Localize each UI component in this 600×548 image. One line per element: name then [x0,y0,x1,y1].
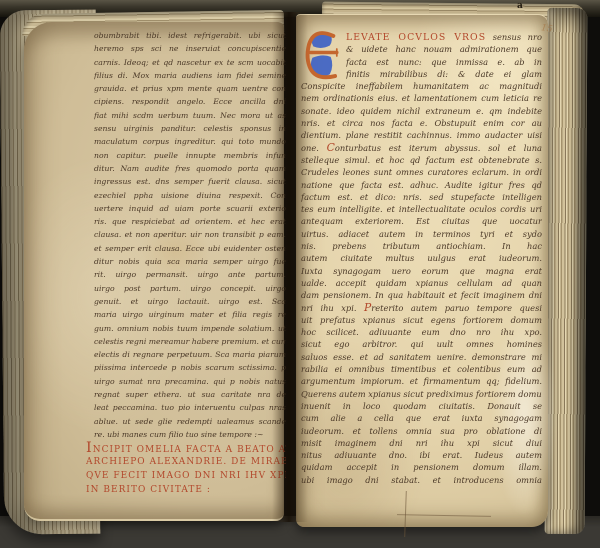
text-run: maria uirgo uirginum mater et filia regi… [94,310,286,319]
text-run: IN BERITO CIVITATE : [86,485,211,495]
text-run: C [327,142,335,154]
text-line: nris. et circa nos facta e. Obstupuit en… [301,117,542,129]
text-run: ezechiel ppha uisione diuina respexit. C… [94,191,286,200]
text-run: non capitur. puelle innupte membris infu… [94,151,286,160]
text-run: Conspicite ineffabilem humanitatem ac ma… [301,81,542,91]
text-line: et semper erit clausa. Ecce ubi euidente… [94,242,286,255]
text-run: ubi imago dni stabat. et introducens omn… [301,475,542,485]
text-run: Querens autem xpianus sicut prediximus f… [301,389,542,399]
text-run: one. [301,143,327,153]
text-line: grauida. et prius xpm mente quam uentre … [94,82,286,95]
text-line: celestis regni mereamur habere premium. … [94,335,286,348]
text-line: uit prefatus xpianus sicut egens fortior… [301,314,542,326]
text-run: heremo sps sci ne inseruiat concupiscent… [94,44,286,53]
text-line: Iuxta synagogam uero eorum que magna era… [301,265,542,277]
text-run: LEVATE OCVLOS VROS [346,32,486,43]
text-line: genuit. et uirgo lactauit. uirgo est. Sc… [94,295,286,308]
text-line: argumentum impiorum. et firmamentum qq; … [301,375,542,387]
text-line: dam pensionem. In qua habitauit et fecit… [301,289,542,301]
text-run: grauida. et prius xpm mente quam uentre … [94,84,286,93]
text-line: facta est nunc: que inmissa e. ab in [346,56,542,68]
text-run: tes eum intelligite. et intellectualitat… [301,204,542,214]
text-line: factum est. et dico: nris. sed stupefact… [301,191,542,203]
text-run: antequam exteriorem. Est ciuitas que uoc… [301,216,542,226]
text-run: cipiens. respondit angelo. Ecce ancilla … [94,97,286,106]
text-line: leat peccamina. tuo pio interuentu culpa… [94,401,286,414]
text-line: maria uirgo uirginum mater et filia regi… [94,308,286,321]
text-run: stelleque simul. et hoc qd factum est ob… [301,155,542,165]
text-line: Crudeles leones sunt omnes curatores ecl… [301,166,542,178]
text-run: rit. uirgo permansit. uirgo ante partum. [94,270,286,279]
text-line: tes eum intelligite. et intellectualitat… [301,203,542,215]
text-line: ezechiel ppha uisione diuina respexit. C… [94,189,286,202]
text-line: ualde. accepit quidam xpianus cellulam a… [301,277,542,289]
text-run: QVE FECIT IMAGO DNI NRI IHV XPI DI VERI [86,471,286,481]
text-run: ditur nobis quia sca maria semper uirgo … [94,257,286,266]
text-line: regnat super ethera. ut sua caritate nra… [94,388,286,401]
text-run: et semper erit clausa. Ecce ubi euidente… [94,244,286,253]
text-line: stelleque simul. et hoc qd factum est ob… [301,154,542,166]
text-run: quidam accepit in pensionem domum illam. [301,462,542,472]
text-line: QVE FECIT IMAGO DNI NRI IHV XPI DI VERI [86,469,286,483]
text-line: inuenit in loco quodam ciuitatis. Donaui… [301,400,542,412]
text-line: sonate. ideo quidem nichil extraneum e. … [301,105,542,117]
text-run: natione que facta est. adhuc. Audite igi… [301,180,542,190]
text-run: dientium. plane restitit cachinnus. immo… [301,130,542,140]
text-run: uertere inquid ad uiam porte scuarii ext… [94,204,286,213]
text-run: uirgo post partum. uirgo concepit. uirgo [94,284,286,293]
text-run: onturbatus est iterum abyssus. sol et lu… [335,143,542,153]
text-line: sensu uirginis panditur. celestis sponsu… [94,122,286,135]
text-line: uirtus. adiacet autem in terminos tyri e… [301,228,542,240]
right-page-text: LEVATE OCVLOS VROS sensus nro& uidete ha… [301,31,542,486]
text-run: nris. et circa nos facta e. Obstupuit en… [301,118,542,128]
text-line: nitus adiuuante dno. ibi erat. Iudeus au… [301,449,542,461]
text-line: ARCHIEPO ALEXANDRIE. DE MIRABILIBVS [86,455,286,469]
text-line: iudeorum. et tollens omnia sua pro oblat… [301,425,542,437]
text-run: ARCHIEPO ALEXANDRIE. DE MIRABILIBVS [86,457,286,467]
text-line: ditur. Nam audite fres quomodo porta qua… [94,162,286,175]
text-line: uertere inquid ad uiam porte scuarii ext… [94,202,286,215]
text-run: electis di regnare perpetuum. Sca maria … [94,350,286,359]
text-run: leat peccamina. tuo pio interuentu culpa… [94,403,286,412]
text-line: rit. uirgo permansit. uirgo ante partum. [94,268,286,281]
text-run: regnat super ethera. ut sua caritate nra… [94,390,286,399]
text-run: ualde. accepit quidam xpianus cellulam a… [301,278,542,288]
text-line: Querens autem xpianus sicut prediximus f… [301,388,542,400]
text-line: cipiens. respondit angelo. Ecce ancilla … [94,95,286,108]
text-run: genuit. et uirgo lactauit. uirgo est. Sc… [94,297,286,306]
text-line: rabilia ei omnibus timentibus et colenti… [301,363,542,375]
text-line: maculatum corpus ingreditur. qui toto mu… [94,135,286,148]
text-line: obumbrabit tibi. idest refrigerabit. ubi… [94,29,286,42]
text-run: argumentum impiorum. et firmamentum qq; … [301,376,542,386]
text-line: LEVATE OCVLOS VROS sensus nro [346,31,542,43]
text-line: Conspicite ineffabilem humanitatem ac ma… [301,80,542,92]
text-line: ablue. ut sede glie redempti ualeamus sc… [94,415,286,428]
text-line: carnis. Ideoq; et qd nascetur ex te scm … [94,56,286,69]
text-line: uirgo post partum. uirgo concepit. uirgo [94,282,286,295]
text-line: saluos esse. et ad sanitatem uenire. dem… [301,351,542,363]
text-line: re. ubi manes cum filio tuo sine tempore… [94,428,286,441]
text-line: quidam accepit in pensionem domum illam. [301,461,542,473]
text-run: clausa. et non aperitur. uir non transib… [94,230,286,239]
text-run: finitis mirabilibus di: & date ei glam [346,69,542,79]
text-run: ingressus est. dns semper fuerit clausa.… [94,177,286,186]
text-line: IN BERITO CIVITATE : [86,483,286,497]
text-line: non capitur. puelle innupte membris infu… [94,149,286,162]
text-run: misit imaginem dni nri ihu xpi sicut diu… [301,438,542,448]
text-run: I [86,441,93,455]
text-line: ingressus est. dns semper fuerit clausa.… [94,175,286,188]
left-page-text: obumbrabit tibi. idest refrigerabit. ubi… [94,29,286,441]
text-run: uirgo sumat nra precamina. qui p nobis n… [94,377,286,386]
text-run: gum. omnium nobis tuum impende solatium.… [94,324,286,333]
text-line: hoc scilicet. adiuuante eum dno nro ihu … [301,326,542,338]
quire-signature-mark: a [517,1,523,11]
text-line: fiat mihi scdm uerbum tuum. Nec mora ut … [94,109,286,122]
text-run: nitus adiuuante dno. ibi erat. Iudeus au… [301,450,542,460]
folio-number: 15 [540,23,553,34]
text-line: INCIPIT OMELIA FACTA A BEATO ATHANASIO [86,441,286,455]
text-line: one. Conturbatus est iterum abyssus. sol… [301,142,542,154]
text-line: ditur nobis quia sca maria semper uirgo … [94,255,286,268]
text-run: saluos esse. et ad sanitatem uenire. dem… [301,352,542,362]
text-run: iudeorum. et tollens omnia sua pro oblat… [301,426,542,436]
text-line: clausa. et non aperitur. uir non transib… [94,228,286,241]
right-page: LEVATE OCVLOS VROS sensus nro& uidete ha… [296,14,548,527]
text-line: nri ihu xpi. Preterito autem paruo tempo… [301,302,542,314]
text-run: nem ordinationis eius. et lamentationem … [301,93,542,103]
text-run: re. ubi manes cum filio tuo sine tempore… [94,430,263,439]
text-run: hoc scilicet. adiuuante eum dno nro ihu … [301,327,542,337]
text-run: dam pensionem. In qua habitauit et fecit… [301,290,542,300]
text-run: sensus nro [486,32,542,42]
text-line: finitis mirabilibus di: & date ei glam [346,68,542,80]
text-line: uirgo sumat nra precamina. qui p nobis n… [94,375,286,388]
text-run: piissima intercede p nobis scarum sctiss… [94,363,286,372]
text-line: ris. que respiciebat ad orientem. et hec… [94,215,286,228]
text-line: nis. prebens tributum antiochiam. In hac [301,240,542,252]
text-run: ditur. Nam audite fres quomodo porta qua… [94,164,286,173]
left-page: obumbrabit tibi. idest refrigerabit. ubi… [24,22,284,521]
text-run: autem ciuitate multus uulgus erat iudeor… [301,253,542,263]
text-run: nis. prebens tributum antiochiam. In hac [301,241,542,251]
text-run: obumbrabit tibi. idest refrigerabit. ubi… [94,31,286,40]
text-run: cum alie a cella que erat iuxta synagoga… [301,413,542,423]
text-line: heremo sps sci ne inseruiat concupiscent… [94,42,286,55]
text-run: facta est nunc: que inmissa e. ab in [346,57,542,67]
text-line: & uidete hanc nouam admirationem que [346,43,542,55]
text-line: gum. omnium nobis tuum impende solatium.… [94,322,286,335]
text-line: autem ciuitate multus uulgus erat iudeor… [301,252,542,264]
text-line: misit imaginem dni nri ihu xpi sicut diu… [301,437,542,449]
text-run: Iuxta synagogam uero eorum que magna era… [301,266,542,276]
text-line: filius di. Mox maria audiens iam fidei s… [94,69,286,82]
manuscript-photo: obumbrabit tibi. idest refrigerabit. ubi… [0,0,600,548]
text-run: inuenit in loco quodam ciuitatis. Donaui… [301,401,542,411]
text-run: sicut ego arbitror. qui uult omnes homin… [301,339,542,349]
text-line: antequam exteriorem. Est ciuitas que uoc… [301,215,542,227]
text-run: maculatum corpus ingreditur. qui toto mu… [94,137,286,146]
text-run: & uidete hanc nouam admirationem que [346,44,542,54]
text-run: carnis. Ideoq; et qd nascetur ex te scm … [94,58,286,67]
text-line: piissima intercede p nobis scarum sctiss… [94,361,286,374]
text-run: sonate. ideo quidem nichil extraneum e. … [301,106,542,116]
text-run: factum est. et dico: nris. sed stupefact… [301,192,542,202]
text-run: ris. que respiciebat ad orientem. et hec… [94,217,286,226]
text-run: sensu uirginis panditur. celestis sponsu… [94,124,286,133]
text-run: rabilia ei omnibus timentibus et colenti… [301,364,542,374]
text-run: reterito autem paruo tempore quesi [371,303,542,313]
text-run: uit prefatus xpianus sicut egens fortior… [301,315,542,325]
text-line: electis di regnare perpetuum. Sca maria … [94,348,286,361]
text-run: celestis regni mereamur habere premium. … [94,337,286,346]
text-run: fiat mihi scdm uerbum tuum. Nec mora ut … [94,111,286,120]
text-line: dientium. plane restitit cachinnus. immo… [301,129,542,141]
text-line: nem ordinationis eius. et lamentationem … [301,92,542,104]
rubric-incipit: INCIPIT OMELIA FACTA A BEATO ATHANASIOAR… [86,441,286,497]
text-line: ubi imago dni stabat. et introducens omn… [301,474,542,486]
text-run: NCIPIT OMELIA FACTA A BEATO ATHANASIO [93,445,286,455]
text-run: filius di. Mox maria audiens iam fidei s… [94,71,286,80]
text-line: sicut ego arbitror. qui uult omnes homin… [301,338,542,350]
text-run: ablue. ut sede glie redempti ualeamus sc… [94,417,286,426]
text-line: natione que facta est. adhuc. Audite igi… [301,179,542,191]
text-run: uirtus. adiacet autem in terminos tyri e… [301,229,542,239]
text-run: nri ihu xpi. [301,303,364,313]
text-run: Crudeles leones sunt omnes curatores ecl… [301,167,542,177]
text-line: cum alie a cella que erat iuxta synagoga… [301,412,542,424]
